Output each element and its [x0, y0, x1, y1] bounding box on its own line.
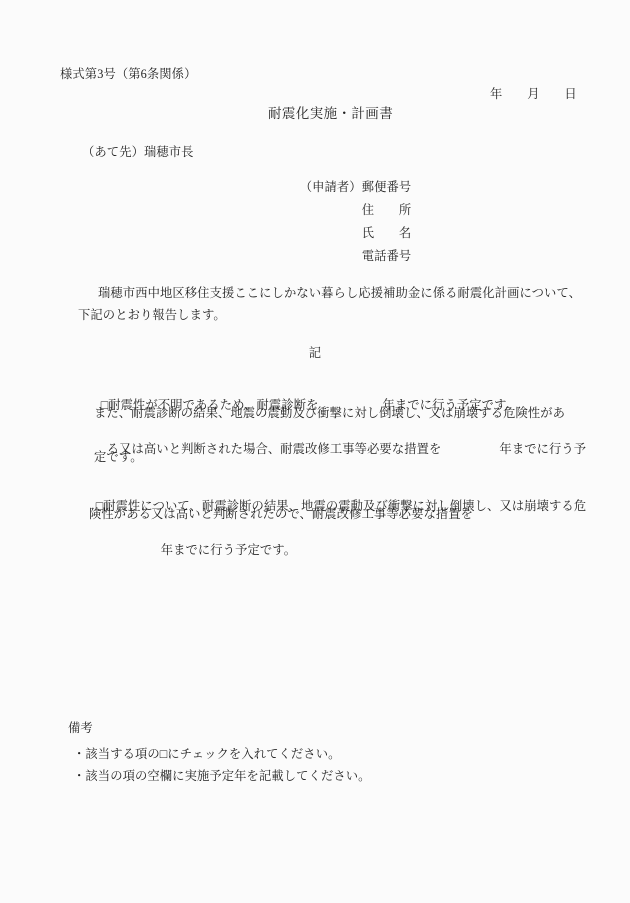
option2-line-2: 険性がある又は高いと判断されたので、耐震改修工事等必要な措置を [89, 507, 473, 521]
notes-label: 備考 [68, 721, 93, 735]
option1-text-after-retrofit-year: 年までに行う予 [499, 442, 586, 456]
document-page: 様式第3号（第6条関係） 年 月 日 耐震化実施・計画書 （あて先）瑞穂市長 （… [0, 0, 630, 903]
option1-line-2: また、耐震診断の結果、地震の震動及び衝撃に対し倒壊し、又は崩壊する危険性があ [94, 406, 565, 420]
option2-line-3: 年までに行う予定です。 [89, 529, 296, 571]
form-number: 様式第3号（第6条関係） [60, 67, 196, 81]
option1-text-before-retrofit-year: る又は高いと判断された場合、耐震改修工事等必要な措置を [107, 442, 442, 456]
date-line: 年 月 日 [490, 87, 577, 101]
option1-line-4: 定です。 [94, 450, 143, 464]
applicant-row-phone: （申請者）電話番号 [287, 235, 411, 277]
note-item-2: ・該当の項の空欄に実施予定年を記載してください。 [73, 769, 371, 783]
option1-line-3: る又は高いと判断された場合、耐震改修工事等必要な措置を年までに行う予 [94, 428, 586, 470]
page-title: 耐震化実施・計画書 [268, 107, 393, 121]
option2-text-after-year: 年までに行う予定です。 [161, 543, 296, 557]
note-item-1: ・該当する項の□にチェックを入れてください。 [73, 747, 341, 761]
phone-label: 電話番号 [362, 249, 412, 263]
addressee: （あて先）瑞穂市長 [82, 145, 194, 159]
body-paragraph-line-1: 瑞穂市西中地区移住支援ここにしかない暮らし応援補助金に係る耐震化計画について、 [98, 286, 581, 300]
ki-marker: 記 [0, 346, 630, 360]
body-paragraph-line-2: 下記のとおり報告します。 [78, 308, 226, 322]
